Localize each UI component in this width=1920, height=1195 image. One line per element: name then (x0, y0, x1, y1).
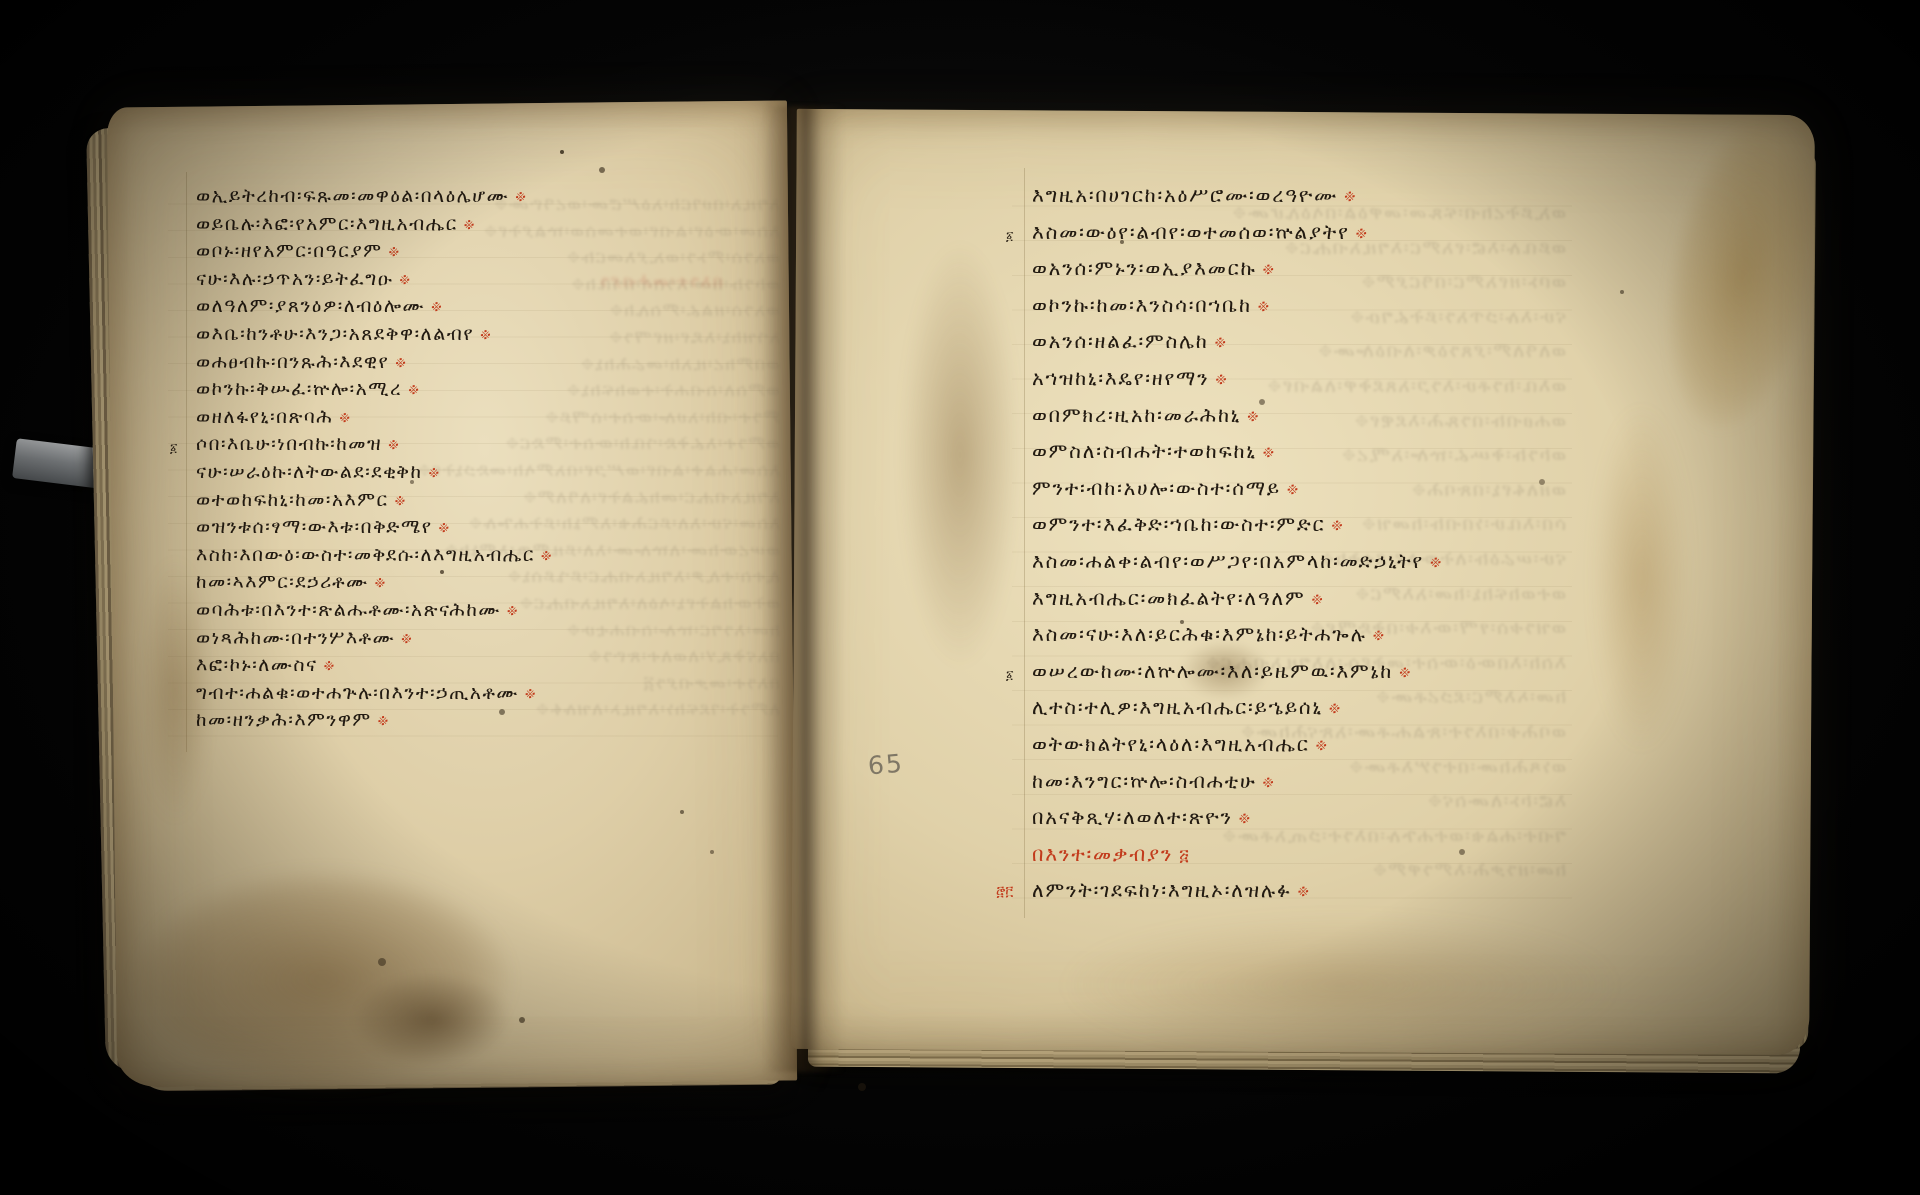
line-text: ወምንተ፡እፈቅድ፡ኀቤከ፡ውስተ፡ምድር (1032, 512, 1325, 536)
section-cross-mark: ፠ (535, 547, 553, 565)
manuscript-line: ሊተስ፡ተሊዎ፡እግዚአብሔር፡ይኄይሰኒ፠ (1032, 690, 1443, 727)
section-cross-mark: ፠ (1252, 297, 1271, 316)
section-cross-mark: ፠ (432, 519, 450, 537)
rubric-line: በእንተ፡መቃብያን፭ (1032, 837, 1443, 874)
line-text: እፎ፡ኮኑ፡ለሙስና (196, 654, 318, 676)
manuscript-line: እስመ፡ናሁ፡እለ፡ይርሕቁ፡እምኔከ፡ይትሐጐሉ፠ (1032, 617, 1443, 654)
section-cross-mark: ፠ (1281, 480, 1300, 499)
section-cross-mark: ፠ (318, 657, 336, 675)
line-text: ወተወከፍከኒ፡ከመ፡አእምር (196, 489, 389, 511)
line-text: ወቦኑ፡ዘየአምር፡በዓርያም (196, 240, 383, 262)
right-page-text: እግዚአ፡በሀገርከ፡አዕሥሮሙ፡ወረዓዮሙ፠፩እስመ፡ውዕየ፡ልብየ፡ወተመሰ… (1032, 178, 1443, 910)
line-text: እስመ፡ውዕየ፡ልብየ፡ወተመሰወ፡ኵልያትየ (1032, 220, 1350, 244)
manuscript-line: አኀዝከኒ፡እዴየ፡ዘየማን፠ (1032, 361, 1443, 398)
manuscript-line: ከመ፡ኣእምር፡ደኃሪቶሙ፠ (196, 569, 553, 597)
section-cross-mark: ፠ (1323, 699, 1342, 718)
section-cross-mark: ፠ (519, 685, 537, 703)
line-text: ወሐፀብኩ፡በንጹሕ፡እደዊየ (196, 351, 389, 373)
verse-margin-mark: ፩ (170, 435, 177, 462)
section-cross-mark: ፠ (395, 630, 413, 648)
section-cross-mark: ፠ (1233, 809, 1252, 828)
line-text: ወነጻሕከሙ፡በተንሦእቶሙ (196, 627, 395, 649)
line-text: ወኢይትረከብ፡ፍጹመ፡መዋዕል፡በላዕሌሆሙ (196, 185, 509, 207)
section-cross-mark: ፠ (1209, 333, 1228, 352)
psalm-number-mark: ፸፫ (996, 875, 1013, 910)
line-text: ወአንሰ፡ምኑን፡ወኢያእመርኩ (1032, 256, 1257, 280)
section-cross-mark: ፠ (425, 298, 443, 316)
manuscript-line: ፩ሶበ፡እቤሁ፡ነበብኩ፡ከመዝ፠ (196, 431, 553, 459)
manuscript-line: ወተወከፍከኒ፡ከመ፡አእምር፠ (196, 487, 553, 515)
section-cross-mark: ፠ (393, 271, 411, 289)
line-text: ወሠረውከሙ፡ለኵሎሙ፡እለ፡ይዜምዉ፡እምኔከ (1032, 659, 1393, 683)
manuscript-line: ወይቤሉ፡እፎ፡የአምር፡እግዚአብሔር፠ (196, 211, 553, 239)
manuscript-line: ወዘለፋየኒ፡በጽባሕ፠ (196, 404, 553, 432)
section-cross-mark: ፠ (1257, 443, 1276, 462)
line-text: ወትውክልትየኒ፡ላዕለ፡እግዚአብሔር (1032, 732, 1310, 756)
line-text: በእንተ፡መቃብያን (1032, 842, 1173, 866)
line-text: እስመ፡ናሁ፡እለ፡ይርሕቁ፡እምኔከ፡ይትሐጐሉ (1032, 622, 1367, 646)
manuscript-line: ወእቤ፡ከንቶሁ፡እንጋ፡አጸደቅዋ፡ለልብየ፠ (196, 321, 553, 349)
manuscript-line: ወባሕቱ፡በእንተ፡ጽልሑቶሙ፡አጽናሕከሙ፠ (196, 597, 553, 625)
manuscript-line: ፩ወሠረውከሙ፡ለኵሎሙ፡እለ፡ይዜምዉ፡እምኔከ፠ (1032, 654, 1443, 691)
line-text: ናሁ፡እሉ፡ኃጥአን፡ይትፈግዑ (196, 268, 393, 290)
line-text: እስመ፡ሐልቀ፡ልብየ፡ወሥጋየ፡በአምላከ፡መድኃኒትየ (1032, 549, 1424, 573)
manuscript-line: ናሁ፡እሉ፡ኃጥአን፡ይትፈግዑ፠ (196, 266, 553, 294)
manuscript-line: ግብተ፡ሐልቁ፡ወተሐጕሉ፡በእንተ፡ኃጢአቶሙ፠ (196, 680, 553, 708)
line-text: እግዚአ፡በሀገርከ፡አዕሥሮሙ፡ወረዓዮሙ (1032, 183, 1338, 207)
section-cross-mark: ፠ (1325, 516, 1344, 535)
manuscript-line: ወምንተ፡እፈቅድ፡ኀቤከ፡ውስተ፡ምድር፠ (1032, 507, 1443, 544)
line-text: ሊተስ፡ተሊዎ፡እግዚአብሔር፡ይኄይሰኒ (1032, 695, 1323, 719)
line-text: ሶበ፡እቤሁ፡ነበብኩ፡ከመዝ (196, 433, 382, 455)
section-cross-mark: ፠ (1209, 370, 1228, 389)
line-text: ወኮንኩ፡ከመ፡እንስሳ፡በኀቤከ (1032, 293, 1252, 317)
section-cross-mark: ፠ (1310, 736, 1329, 755)
manuscript-line: ወኮንኩ፡ከመ፡እንስሳ፡በኀቤከ፠ (1032, 288, 1443, 325)
manuscript-line: ወነጻሕከሙ፡በተንሦእቶሙ፠ (196, 625, 553, 653)
manuscript-line: ከመ፡እንግር፡ኵሎ፡ስብሐቲሁ፠ (1032, 764, 1443, 801)
line-text: አኀዝከኒ፡እዴየ፡ዘየማን (1032, 366, 1209, 390)
manuscript-line: እግዚአ፡በሀገርከ፡አዕሥሮሙ፡ወረዓዮሙ፠ (1032, 178, 1443, 215)
manuscript-line: በአናቅጺሃ፡ለወለተ፡ጽዮን፠ (1032, 800, 1443, 837)
section-cross-mark: ፠ (402, 381, 420, 399)
line-text: ወአንሰ፡ዘልፈ፡ምስሌከ (1032, 329, 1209, 353)
section-cross-mark: ፠ (333, 409, 351, 427)
line-text: ወዘለፋየኒ፡በጽባሕ (196, 406, 333, 428)
line-text: ግብተ፡ሐልቁ፡ወተሐጕሉ፡በእንተ፡ኃጢአቶሙ (196, 682, 519, 704)
section-cross-mark: ፠ (372, 712, 390, 730)
section-cross-mark: ፠ (1393, 663, 1412, 682)
manuscript-line: እግዚአብሔር፡መክፈልትየ፡ለዓለም፠ (1032, 581, 1443, 618)
pencil-folio-number: 65 (867, 748, 905, 780)
line-text: ለምንት፡ገደፍከነ፡እግዚኦ፡ለዝሉፉ (1032, 878, 1292, 902)
line-text: ወእቤ፡ከንቶሁ፡እንጋ፡አጸደቅዋ፡ለልብየ (196, 323, 474, 345)
manuscript-line: ምንተ፡ብከ፡አሀሎ፡ውስተ፡ሰማይ፠ (1032, 471, 1443, 508)
manuscript-line: እስመ፡ሐልቀ፡ልብየ፡ወሥጋየ፡በአምላከ፡መድኃኒትየ፠ (1032, 544, 1443, 581)
line-text: እስከ፡እበውዕ፡ውስተ፡መቅደሱ፡ለእግዚአብሔር (196, 544, 535, 566)
manuscript-line: ወአንሰ፡ምኑን፡ወኢያእመርኩ፠ (1032, 251, 1443, 288)
section-cross-mark: ፠ (1241, 407, 1260, 426)
section-cross-mark: ፠ (1367, 626, 1386, 645)
line-text: በአናቅጺሃ፡ለወለተ፡ጽዮን (1032, 805, 1233, 829)
manuscript-line: ወለዓለም፡ያጸንዕዎ፡ለብዕሎሙ፠ (196, 293, 553, 321)
manuscript-line: ናሁ፡ሠራዕኩ፡ለትውልደ፡ደቂቅከ፠ (196, 459, 553, 487)
line-text: ናሁ፡ሠራዕኩ፡ለትውልደ፡ደቂቅከ (196, 461, 423, 483)
line-text: ወይቤሉ፡እፎ፡የአምር፡እግዚአብሔር (196, 213, 458, 235)
section-cross-mark: ፠ (389, 492, 407, 510)
section-cross-mark: ፠ (369, 574, 387, 592)
section-cross-mark: ፠ (389, 354, 407, 372)
manuscript-line: ወአንሰ፡ዘልፈ፡ምስሌከ፠ (1032, 324, 1443, 361)
line-text: ወባሕቱ፡በእንተ፡ጽልሑቶሙ፡አጽናሕከሙ (196, 599, 501, 621)
section-cross-mark: ፠ (1292, 882, 1311, 901)
section-cross-mark: ፭ (1173, 846, 1190, 865)
section-cross-mark: ፠ (1424, 553, 1443, 572)
manuscript-line: እፎ፡ኮኑ፡ለሙስና፠ (196, 652, 553, 680)
manuscript-line: ወቦኑ፡ዘየአምር፡በዓርያም፠ (196, 238, 553, 266)
line-text: ከመ፡ኣእምር፡ደኃሪቶሙ (196, 571, 369, 593)
manuscript-line: ወምስለ፡ስብሐት፡ተወከፍከኒ፠ (1032, 434, 1443, 471)
manuscript-line: ወበምክረ፡ዚአከ፡መራሕከኒ፠ (1032, 398, 1443, 435)
manuscript-line: ወትውክልትየኒ፡ላዕለ፡እግዚአብሔር፠ (1032, 727, 1443, 764)
manuscript-line: እስከ፡እበውዕ፡ውስተ፡መቅደሱ፡ለእግዚአብሔር፠ (196, 542, 553, 570)
left-page-text: ወኢይትረከብ፡ፍጹመ፡መዋዕል፡በላዕሌሆሙ፠ወይቤሉ፡እፎ፡የአምር፡እግዚ… (196, 183, 553, 735)
verse-margin-mark: ፩ (1006, 658, 1013, 693)
section-cross-mark: ፠ (1257, 773, 1276, 792)
section-cross-mark: ፠ (1257, 260, 1276, 279)
section-cross-mark: ፠ (474, 326, 492, 344)
section-cross-mark: ፠ (1338, 187, 1357, 206)
manuscript-line: ወኮንኩ፡ቅሡፈ፡ኵሎ፡አሚረ፠ (196, 376, 553, 404)
verse-margin-mark: ፩ (1006, 219, 1013, 254)
section-cross-mark: ፠ (509, 188, 527, 206)
section-cross-mark: ፠ (382, 436, 400, 454)
manuscript-photo-scene: እግዚአ፡በሀገርከ፡አዕሥሮሙ፡ወረዓዮሙ፠እስመ፡ውዕየ፡ልብየ፡ወተመሰወ… (0, 0, 1920, 1195)
line-text: ወበምክረ፡ዚአከ፡መራሕከኒ (1032, 403, 1241, 427)
line-text: ወኮንኩ፡ቅሡፈ፡ኵሎ፡አሚረ (196, 378, 402, 400)
section-cross-mark: ፠ (501, 602, 519, 620)
line-text: ወለዓለም፡ያጸንዕዎ፡ለብዕሎሙ (196, 295, 425, 317)
line-text: እግዚአብሔር፡መክፈልትየ፡ለዓለም (1032, 586, 1305, 610)
manuscript-line: ከመ፡ዘንቃሕ፡እምንዋም፠ (196, 707, 553, 735)
section-cross-mark: ፠ (383, 243, 401, 261)
section-cross-mark: ፠ (1350, 224, 1369, 243)
manuscript-line: ወኢይትረከብ፡ፍጹመ፡መዋዕል፡በላዕሌሆሙ፠ (196, 183, 553, 211)
section-cross-mark: ፠ (1305, 590, 1324, 609)
manuscript-line: ፸፫ለምንት፡ገደፍከነ፡እግዚኦ፡ለዝሉፉ፠ (1032, 873, 1443, 910)
line-text: ከመ፡እንግር፡ኵሎ፡ስብሐቲሁ (1032, 769, 1257, 793)
manuscript-line: ወዝንቱሰ፡ፃማ፡ውእቱ፡በቅድሜየ፠ (196, 514, 553, 542)
line-text: ከመ፡ዘንቃሕ፡እምንዋም (196, 709, 372, 731)
line-text: ወምስለ፡ስብሐት፡ተወከፍከኒ (1032, 439, 1257, 463)
manuscript-line: ወሐፀብኩ፡በንጹሕ፡እደዊየ፠ (196, 349, 553, 377)
manuscript-line: ፩እስመ፡ውዕየ፡ልብየ፡ወተመሰወ፡ኵልያትየ፠ (1032, 215, 1443, 252)
section-cross-mark: ፠ (458, 216, 476, 234)
section-cross-mark: ፠ (423, 464, 441, 482)
line-text: ወዝንቱሰ፡ፃማ፡ውእቱ፡በቅድሜየ (196, 516, 432, 538)
line-text: ምንተ፡ብከ፡አሀሎ፡ውስተ፡ሰማይ (1032, 476, 1281, 500)
